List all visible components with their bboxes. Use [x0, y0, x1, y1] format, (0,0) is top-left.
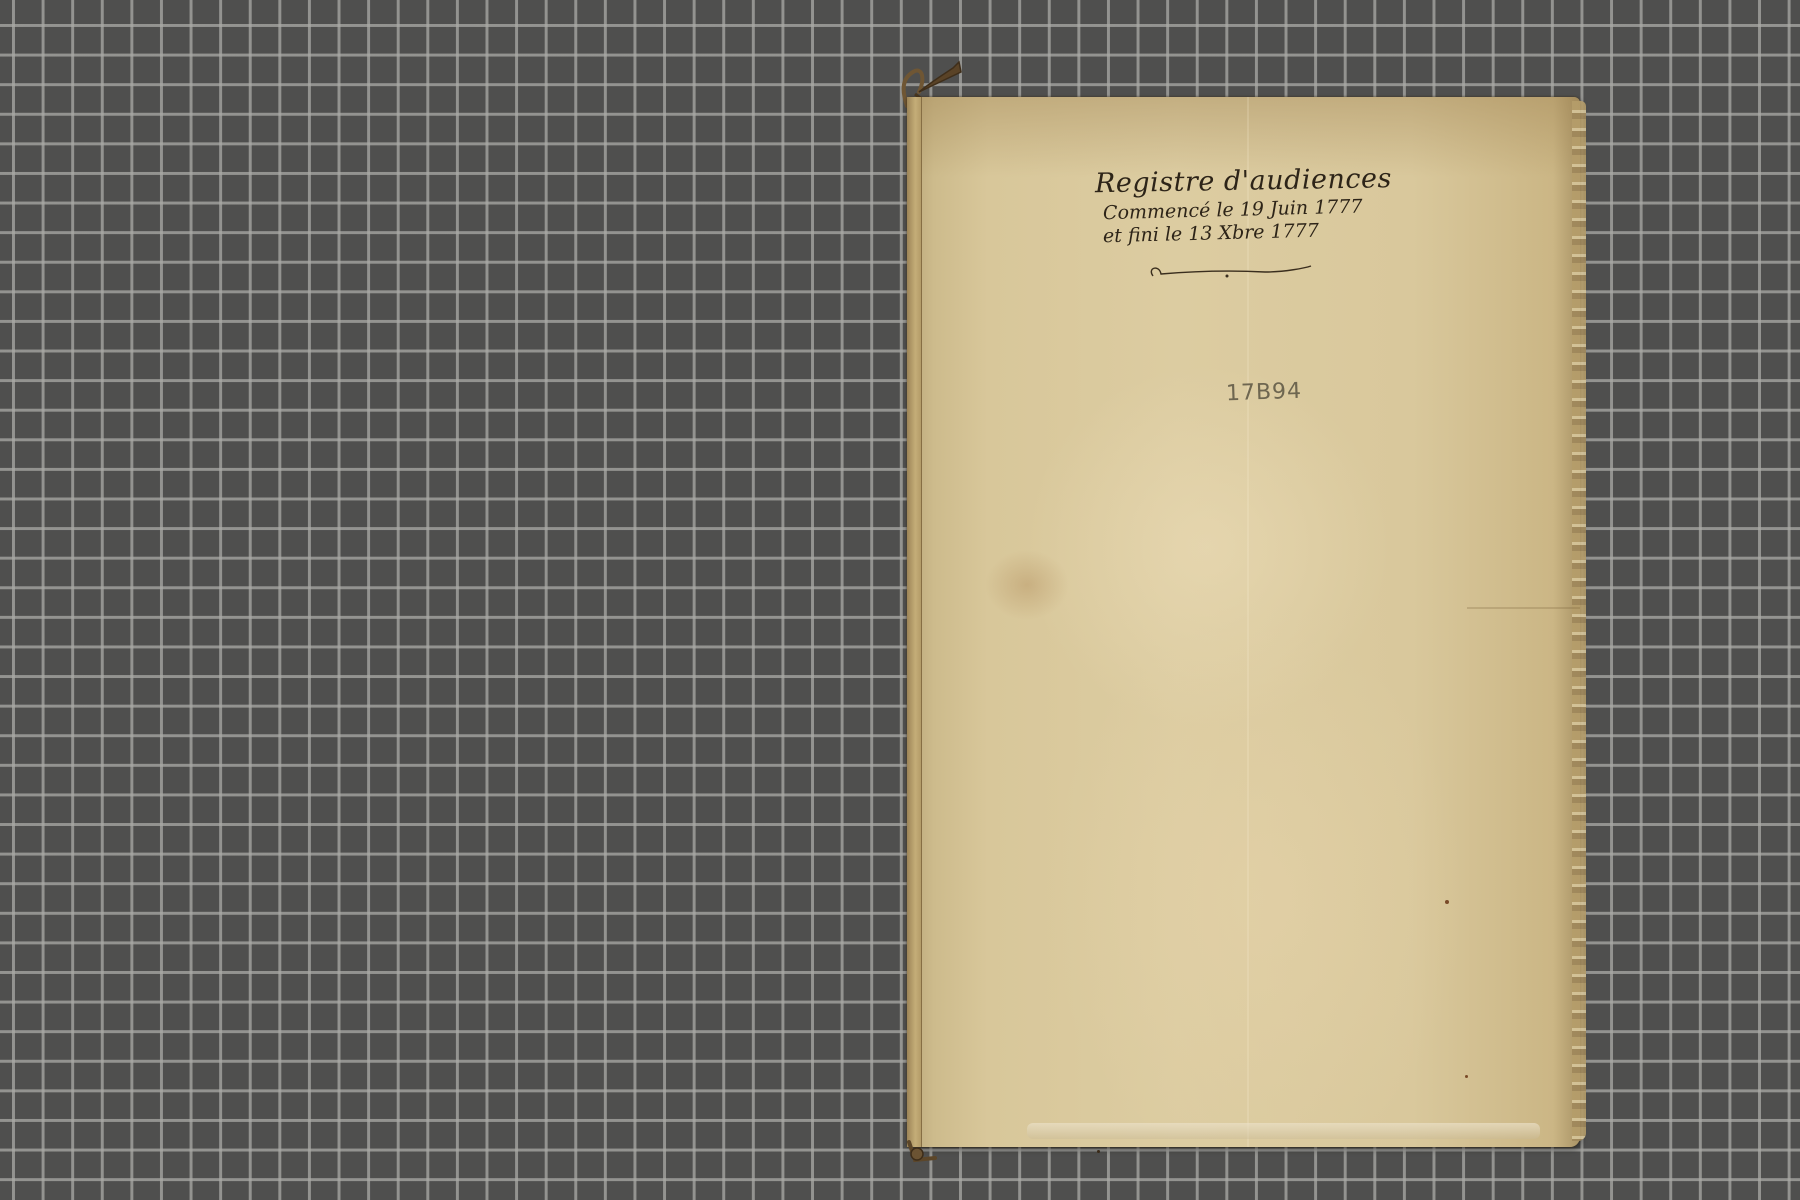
- archive-call-number: 17B94: [1226, 379, 1303, 407]
- handwritten-title-block: Registre d'audiences Commencé le 19 Juin…: [1095, 168, 1355, 247]
- ink-spot: [1445, 900, 1449, 904]
- document-spine: [907, 97, 922, 1147]
- flourish-underline: [1145, 262, 1315, 282]
- register-cover: [907, 97, 1580, 1147]
- vertical-fold: [1247, 97, 1249, 1147]
- scan-scene: Registre d'audiences Commencé le 19 Juin…: [0, 0, 1800, 1200]
- frayed-right-edge: [1572, 101, 1586, 1141]
- torn-bottom-edge: [1027, 1123, 1540, 1139]
- handwritten-title: Registre d'audiences: [1095, 166, 1355, 198]
- handwritten-end-date: et fini le 13 Xbre 1777: [1103, 221, 1355, 247]
- binding-tie-bottom: [905, 1138, 965, 1166]
- ink-spot: [1465, 1075, 1468, 1078]
- ink-spot: [1097, 1150, 1100, 1153]
